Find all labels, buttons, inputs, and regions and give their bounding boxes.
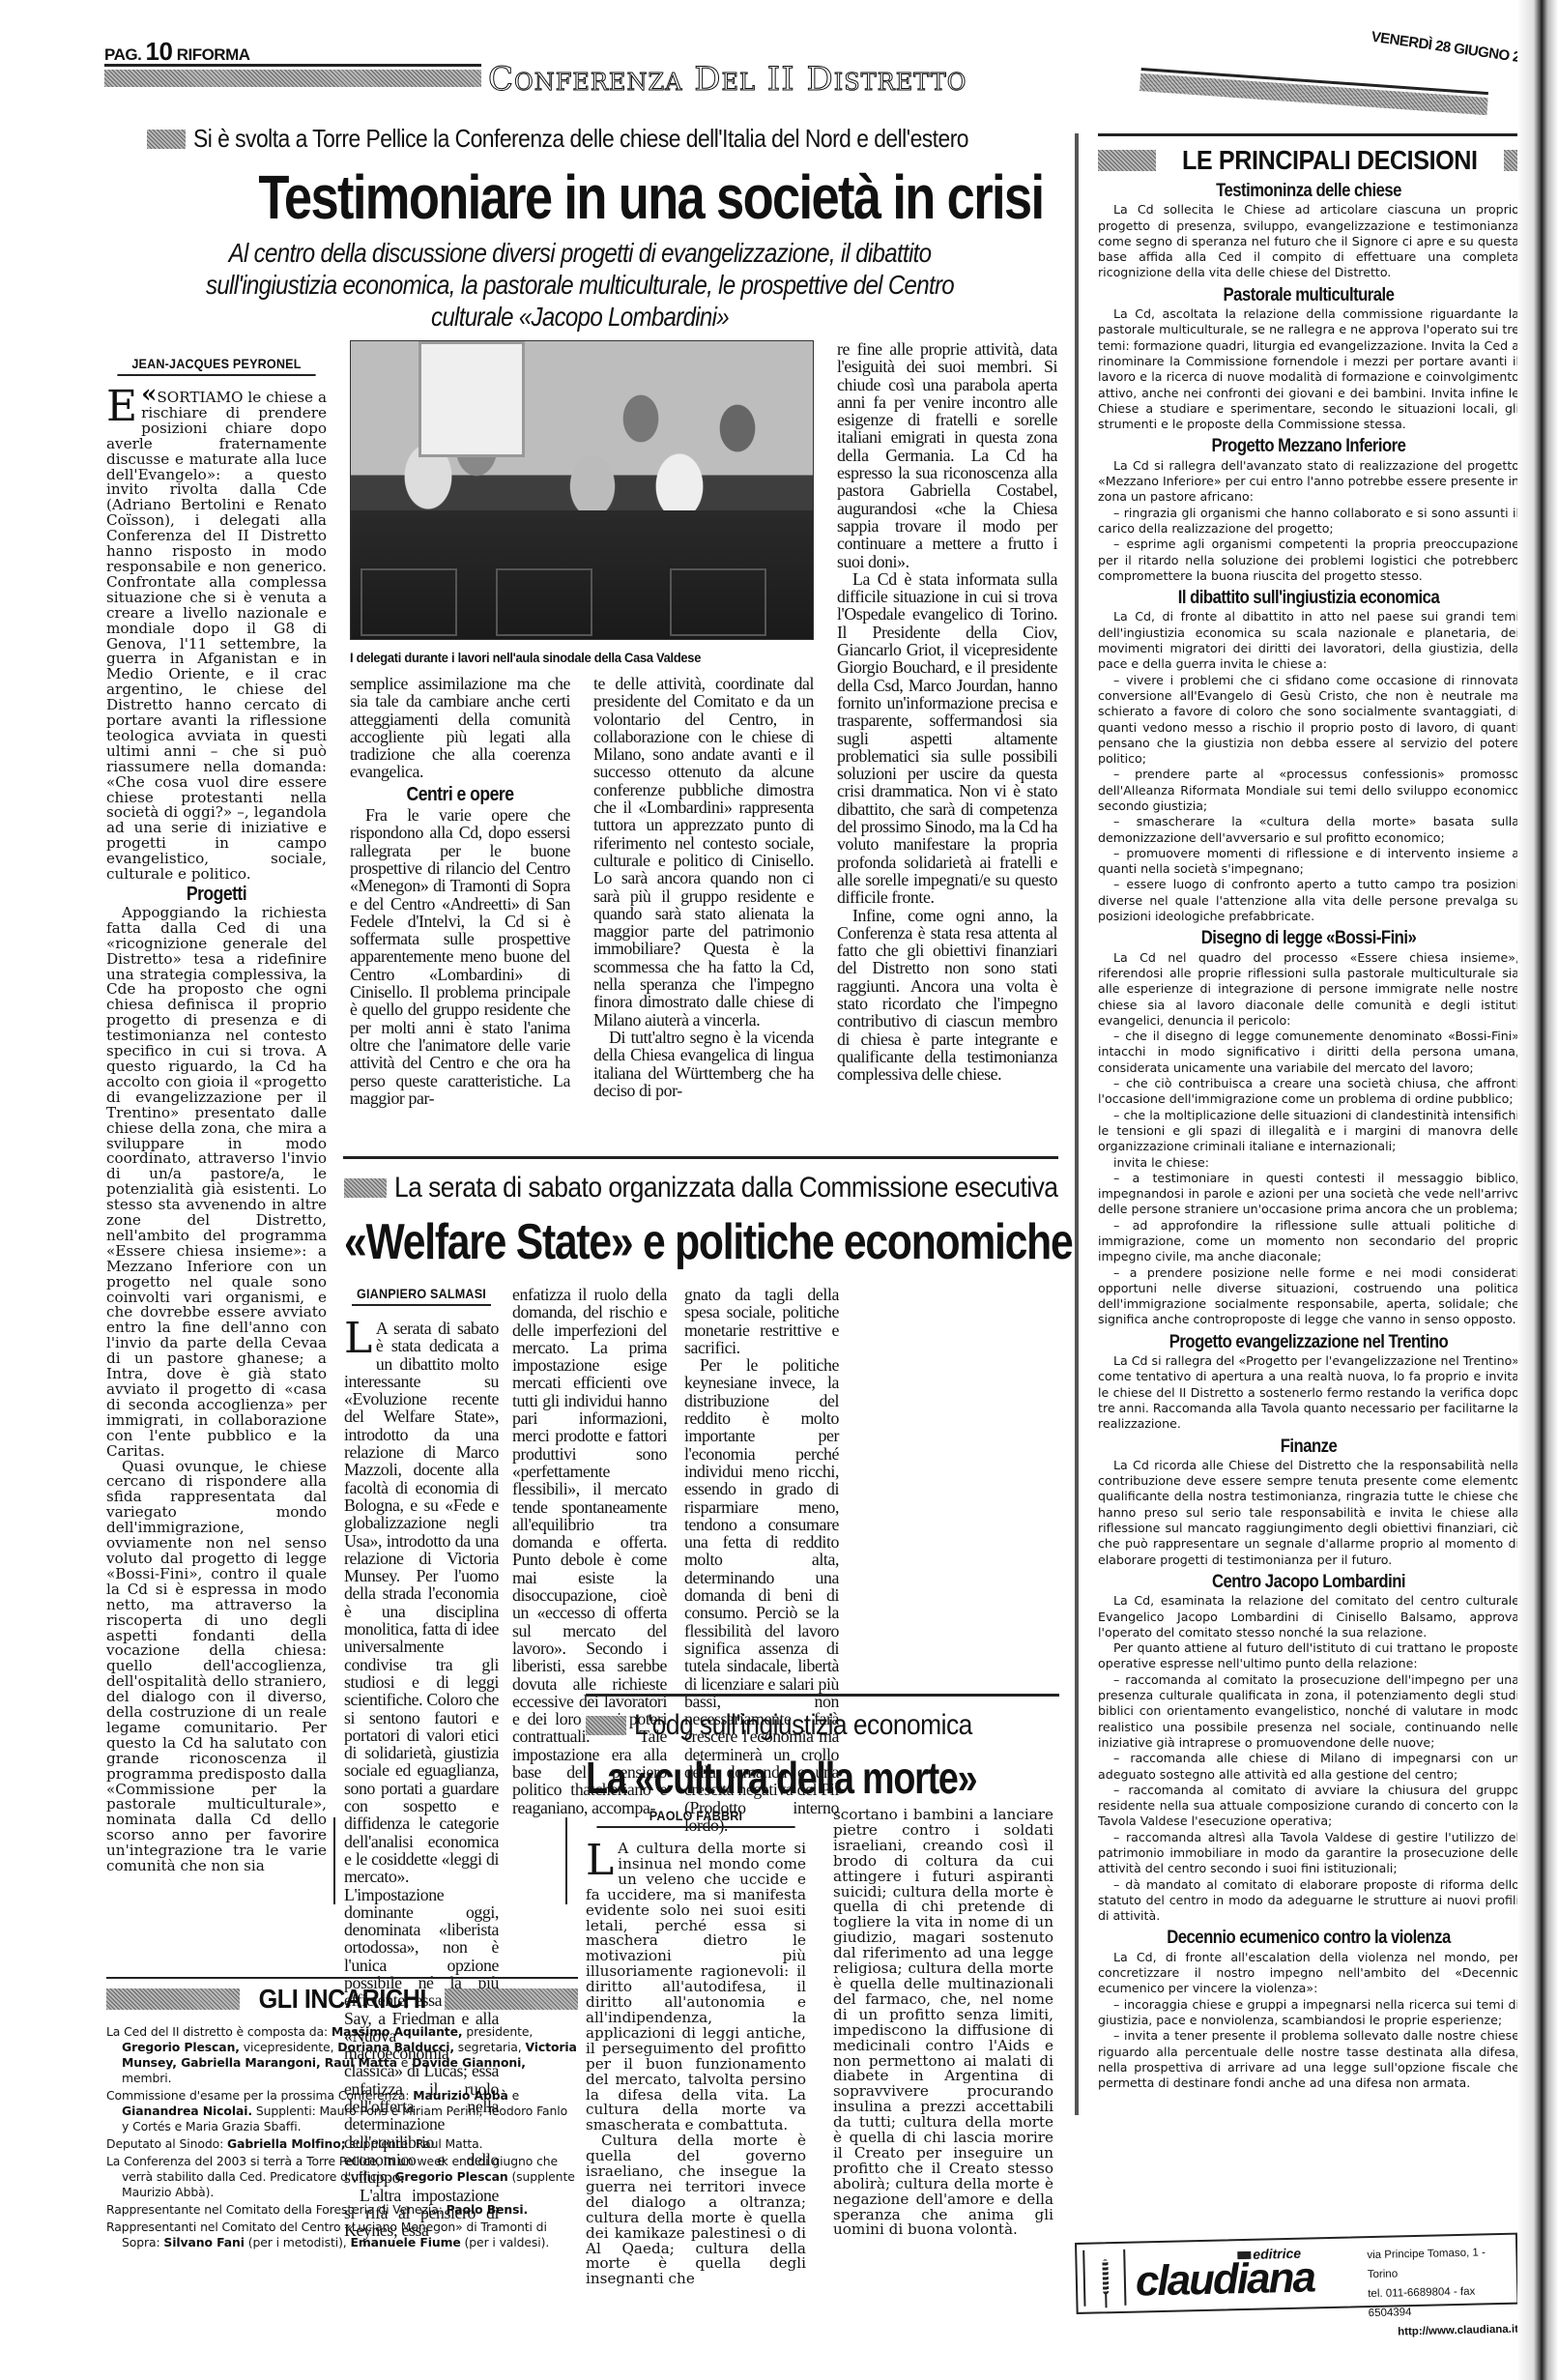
dropcap: L — [344, 1321, 372, 1356]
main-article-col2: semplice assimilazione ma che sia tale d… — [350, 675, 570, 1107]
decision-heading: Finanze — [1123, 1439, 1494, 1455]
decision-paragraph: – invita a tener presente il problema so… — [1098, 2028, 1519, 2091]
paragraph: SORTIAMO le chiese a rischiare di prende… — [106, 389, 327, 883]
main-article-col3: te delle attività, coordinate dal presid… — [593, 675, 814, 1099]
ad-contact: via Principe Tomaso, 1 - Torino tel. 011… — [1367, 2243, 1518, 2342]
decision-paragraph: – vivere i problemi che ci sfidano come … — [1098, 673, 1519, 768]
incarichi-item: Deputato al Sinodo: Gabriella Molfino; s… — [106, 2136, 578, 2152]
decision-heading: Decennio ecumenico contro la violenza — [1123, 1930, 1494, 1946]
main-col1-text: «ESORTIAMO le chiese a rischiare di pren… — [106, 388, 327, 1874]
decision-paragraph: invita le chiese: — [1098, 1155, 1519, 1171]
header-bar-left — [1098, 150, 1156, 171]
header-bar-left — [106, 1988, 240, 2010]
main-headline: Testimoniare in una società in crisi — [258, 161, 939, 233]
decision-paragraph: – smascherare la «cultura della morte» b… — [1098, 814, 1519, 846]
decision-heading: Il dibattito sull'ingiustizia economica — [1123, 591, 1494, 606]
subhead: Progetti — [120, 887, 314, 903]
decision-paragraph: La Cd si rallegra del «Progetto per l'ev… — [1098, 1353, 1519, 1432]
welfare-headline: «Welfare State» e politiche economiche — [344, 1213, 1072, 1271]
decision-paragraph: La Cd ricorda alle Chiese del Distretto … — [1098, 1458, 1519, 1568]
column-rule — [333, 1817, 335, 1904]
dropcap: L — [586, 1843, 614, 1878]
paragraph: te delle attività, coordinate dal presid… — [593, 675, 814, 1029]
decision-paragraph: – prendere parte al «processus confessio… — [1098, 767, 1519, 814]
ad-address: via Principe Tomaso, 1 - Torino — [1367, 2243, 1517, 2285]
decision-paragraph: La Cd, di fronte all'escalation della vi… — [1098, 1950, 1519, 1997]
paragraph: semplice assimilazione ma che sia tale d… — [350, 675, 570, 781]
decision-paragraph: Per quanto attiene al futuro dell'istitu… — [1098, 1640, 1519, 1672]
paragraph: Fra le varie opere che rispondono alla C… — [350, 806, 570, 1107]
decision-paragraph: – che il disegno di legge comunemente de… — [1098, 1029, 1519, 1076]
decision-paragraph: La Cd sollecita le Chiese ad articolare … — [1098, 202, 1519, 280]
header-bar-right — [445, 1988, 578, 2010]
box-rule — [1098, 133, 1523, 136]
decision-paragraph: La Cd, di fronte al dibattito in atto ne… — [1098, 609, 1519, 672]
morte-col2: scortano i bambini a lanciare pietre con… — [833, 1808, 1053, 2238]
page-label: PAG. 10 RIFORMA — [104, 37, 250, 67]
paragraph: A cultura della morte si insinua nel mon… — [586, 1840, 806, 2133]
decision-heading: Testimoninza delle chiese — [1123, 184, 1494, 199]
paragraph: Cultura della morte è quella del governo… — [586, 2133, 806, 2287]
morte-kicker: L'odg sull'ingiustizia economica — [586, 1709, 1019, 1742]
decision-paragraph: – incoraggia chiese e gruppi a impegnars… — [1098, 1997, 1519, 2029]
incarichi-item: La Conferenza del 2003 si terrà a Torre … — [106, 2154, 578, 2200]
claudiana-ad[interactable]: editrice claudiana via Principe Tomaso, … — [1075, 2233, 1519, 2314]
paragraph: Quasi ovunque, le chiese cercano di risp… — [106, 1460, 327, 1874]
decision-paragraph: – raccomanda alle chiese di Milano di im… — [1098, 1751, 1519, 1783]
decisions-title: LE PRINCIPALI DECISIONI — [1182, 145, 1478, 176]
decision-paragraph: La Cd, ascoltata la relazione della comm… — [1098, 306, 1519, 432]
decisions-box: LE PRINCIPALI DECISIONI Testimoninza del… — [1075, 133, 1517, 2115]
decision-paragraph: La Cd, esaminata la relazione del comita… — [1098, 1593, 1519, 1640]
kicker-text: L'odg sull'ingiustizia economica — [634, 1709, 972, 1742]
section-divider — [586, 1694, 1059, 1697]
incarichi-title: GLI INCARICHI — [258, 1984, 425, 2015]
decision-paragraph: – dà mandato al comitato di elaborare pr… — [1098, 1877, 1519, 1925]
subhead: Centri e opere — [363, 786, 558, 803]
decisions-body: Testimoninza delle chieseLa Cd sollecita… — [1098, 184, 1519, 2091]
kicker-swatch — [586, 1716, 626, 1735]
main-kicker: Si è svolta a Torre Pellice la Conferenz… — [147, 124, 1074, 154]
decision-paragraph: – che la moltiplicazione delle situazion… — [1098, 1108, 1519, 1155]
page-fold — [1517, 0, 1558, 2380]
decision-paragraph: – raccomanda altresì alla Tavola Valdese… — [1098, 1830, 1519, 1877]
decision-paragraph: La Cd si rallegra dell'avanzato stato di… — [1098, 458, 1519, 506]
decision-paragraph: – a testimoniare in questi contesti il m… — [1098, 1171, 1519, 1218]
decision-paragraph: – ringrazia gli organismi che hanno coll… — [1098, 506, 1519, 537]
paragraph: re fine alle proprie attività, data l'es… — [837, 340, 1057, 570]
box-rule — [106, 1977, 578, 1979]
decision-paragraph: – promuovere momenti di riflessione e di… — [1098, 846, 1519, 878]
paragraph: Appoggiando la richiesta fatta dalla Ced… — [106, 906, 327, 1460]
photo-window — [418, 341, 525, 457]
decision-paragraph: – a prendere posizione nelle forme e nei… — [1098, 1265, 1519, 1328]
decision-paragraph: – raccomanda al comitato di avviare la c… — [1098, 1783, 1519, 1830]
incarichi-header: GLI INCARICHI — [106, 1984, 578, 2015]
incarichi-item: Rappresentante nel Comitato della Forest… — [106, 2202, 578, 2218]
page-prefix: PAG. — [104, 45, 141, 64]
decision-paragraph: – esprime agli organismi competenti la p… — [1098, 537, 1519, 584]
main-deck: Al centro della discussione diversi prog… — [181, 237, 979, 333]
kicker-swatch — [344, 1178, 387, 1198]
dropcap: E — [106, 390, 137, 424]
main-article-col4: re fine alle proprie attività, data l'es… — [837, 340, 1057, 1083]
decision-paragraph: – raccomanda al comitato la prosecuzione… — [1098, 1672, 1519, 1751]
decision-heading: Pastorale multiculturale — [1123, 288, 1494, 304]
wheat-icon — [1082, 2249, 1126, 2307]
paragraph: Infine, come ogni anno, la Conferenza è … — [837, 907, 1057, 1084]
decision-paragraph: – essere luogo di confronto aperto a tut… — [1098, 877, 1519, 924]
publication-name: RIFORMA — [177, 45, 250, 64]
morte-col1: PAOLO FABBRI LA cultura della morte si i… — [586, 1808, 806, 2287]
paragraph: gnato da tagli della spesa sociale, poli… — [684, 1286, 839, 1356]
decision-heading: Centro Jacopo Lombardini — [1123, 1575, 1494, 1590]
incarichi-item: La Ced del II distretto è composta da: M… — [106, 2024, 578, 2086]
paragraph: La Cd è stata informata sulla difficile … — [837, 570, 1057, 907]
page-number: 10 — [146, 37, 173, 66]
section-title: Conferenza Del II Distretto — [488, 60, 967, 99]
welfare-kicker: La serata di sabato organizzata dalla Co… — [344, 1172, 1148, 1205]
ad-brand: claudiana — [1135, 2256, 1314, 2303]
decisions-header: LE PRINCIPALI DECISIONI — [1098, 145, 1523, 176]
byline: GIANPIERO SALMASI — [352, 1286, 491, 1306]
byline: PAOLO FABBRI — [596, 1808, 794, 1828]
paragraph: Di tutt'altro segno è la vicenda della C… — [593, 1029, 814, 1099]
incarichi-box: GLI INCARICHI La Ced del II distretto è … — [106, 1984, 578, 2252]
masthead-rule-right — [1140, 68, 1488, 115]
decision-paragraph: – ad approfondire la riflessione sulle a… — [1098, 1218, 1519, 1265]
paragraph: scortano i bambini a lanciare pietre con… — [833, 1808, 1053, 2238]
incarichi-item: Commissione d'esame per la prossima Conf… — [106, 2088, 578, 2134]
morte-headline: La «cultura della morte» — [586, 1752, 976, 1804]
column-rule — [565, 1817, 567, 1904]
decision-paragraph: – che ciò contribuisca a creare una soci… — [1098, 1076, 1519, 1108]
decision-paragraph: La Cd nel quadro del processo «Essere ch… — [1098, 950, 1519, 1029]
kicker-swatch — [147, 130, 186, 149]
ad-url[interactable]: http://www.claudiana.it — [1369, 2320, 1518, 2343]
photo-caption: I delegati durante i lavori nell'aula si… — [350, 650, 701, 665]
incarichi-item: Rappresentanti nel Comitato del Centro «… — [106, 2220, 578, 2250]
ad-phone: tel. 011-6689804 - fax 6504394 — [1368, 2281, 1518, 2324]
decision-heading: Disegno di legge «Bossi-Fini» — [1123, 931, 1494, 946]
delegates-photo — [350, 340, 814, 640]
decision-heading: Progetto evangelizzazione nel Trentino — [1123, 1335, 1494, 1350]
main-article-col1: JEAN-JACQUES PEYRONEL «ESORTIAMO le chie… — [106, 356, 327, 1874]
morte-col1-text: LA cultura della morte si insinua nel mo… — [586, 1842, 806, 2287]
kicker-text: La serata di sabato organizzata dalla Co… — [394, 1172, 1057, 1205]
kicker-text: Si è svolta a Torre Pellice la Conferenz… — [193, 124, 968, 154]
section-divider — [343, 1156, 1058, 1159]
photo-bench — [351, 510, 813, 640]
incarichi-list: La Ced del II distretto è composta da: M… — [106, 2024, 578, 2250]
byline: JEAN-JACQUES PEYRONEL — [117, 356, 315, 376]
decision-heading: Progetto Mezzano Inferiore — [1123, 439, 1494, 454]
masthead-rule-left — [104, 64, 481, 87]
